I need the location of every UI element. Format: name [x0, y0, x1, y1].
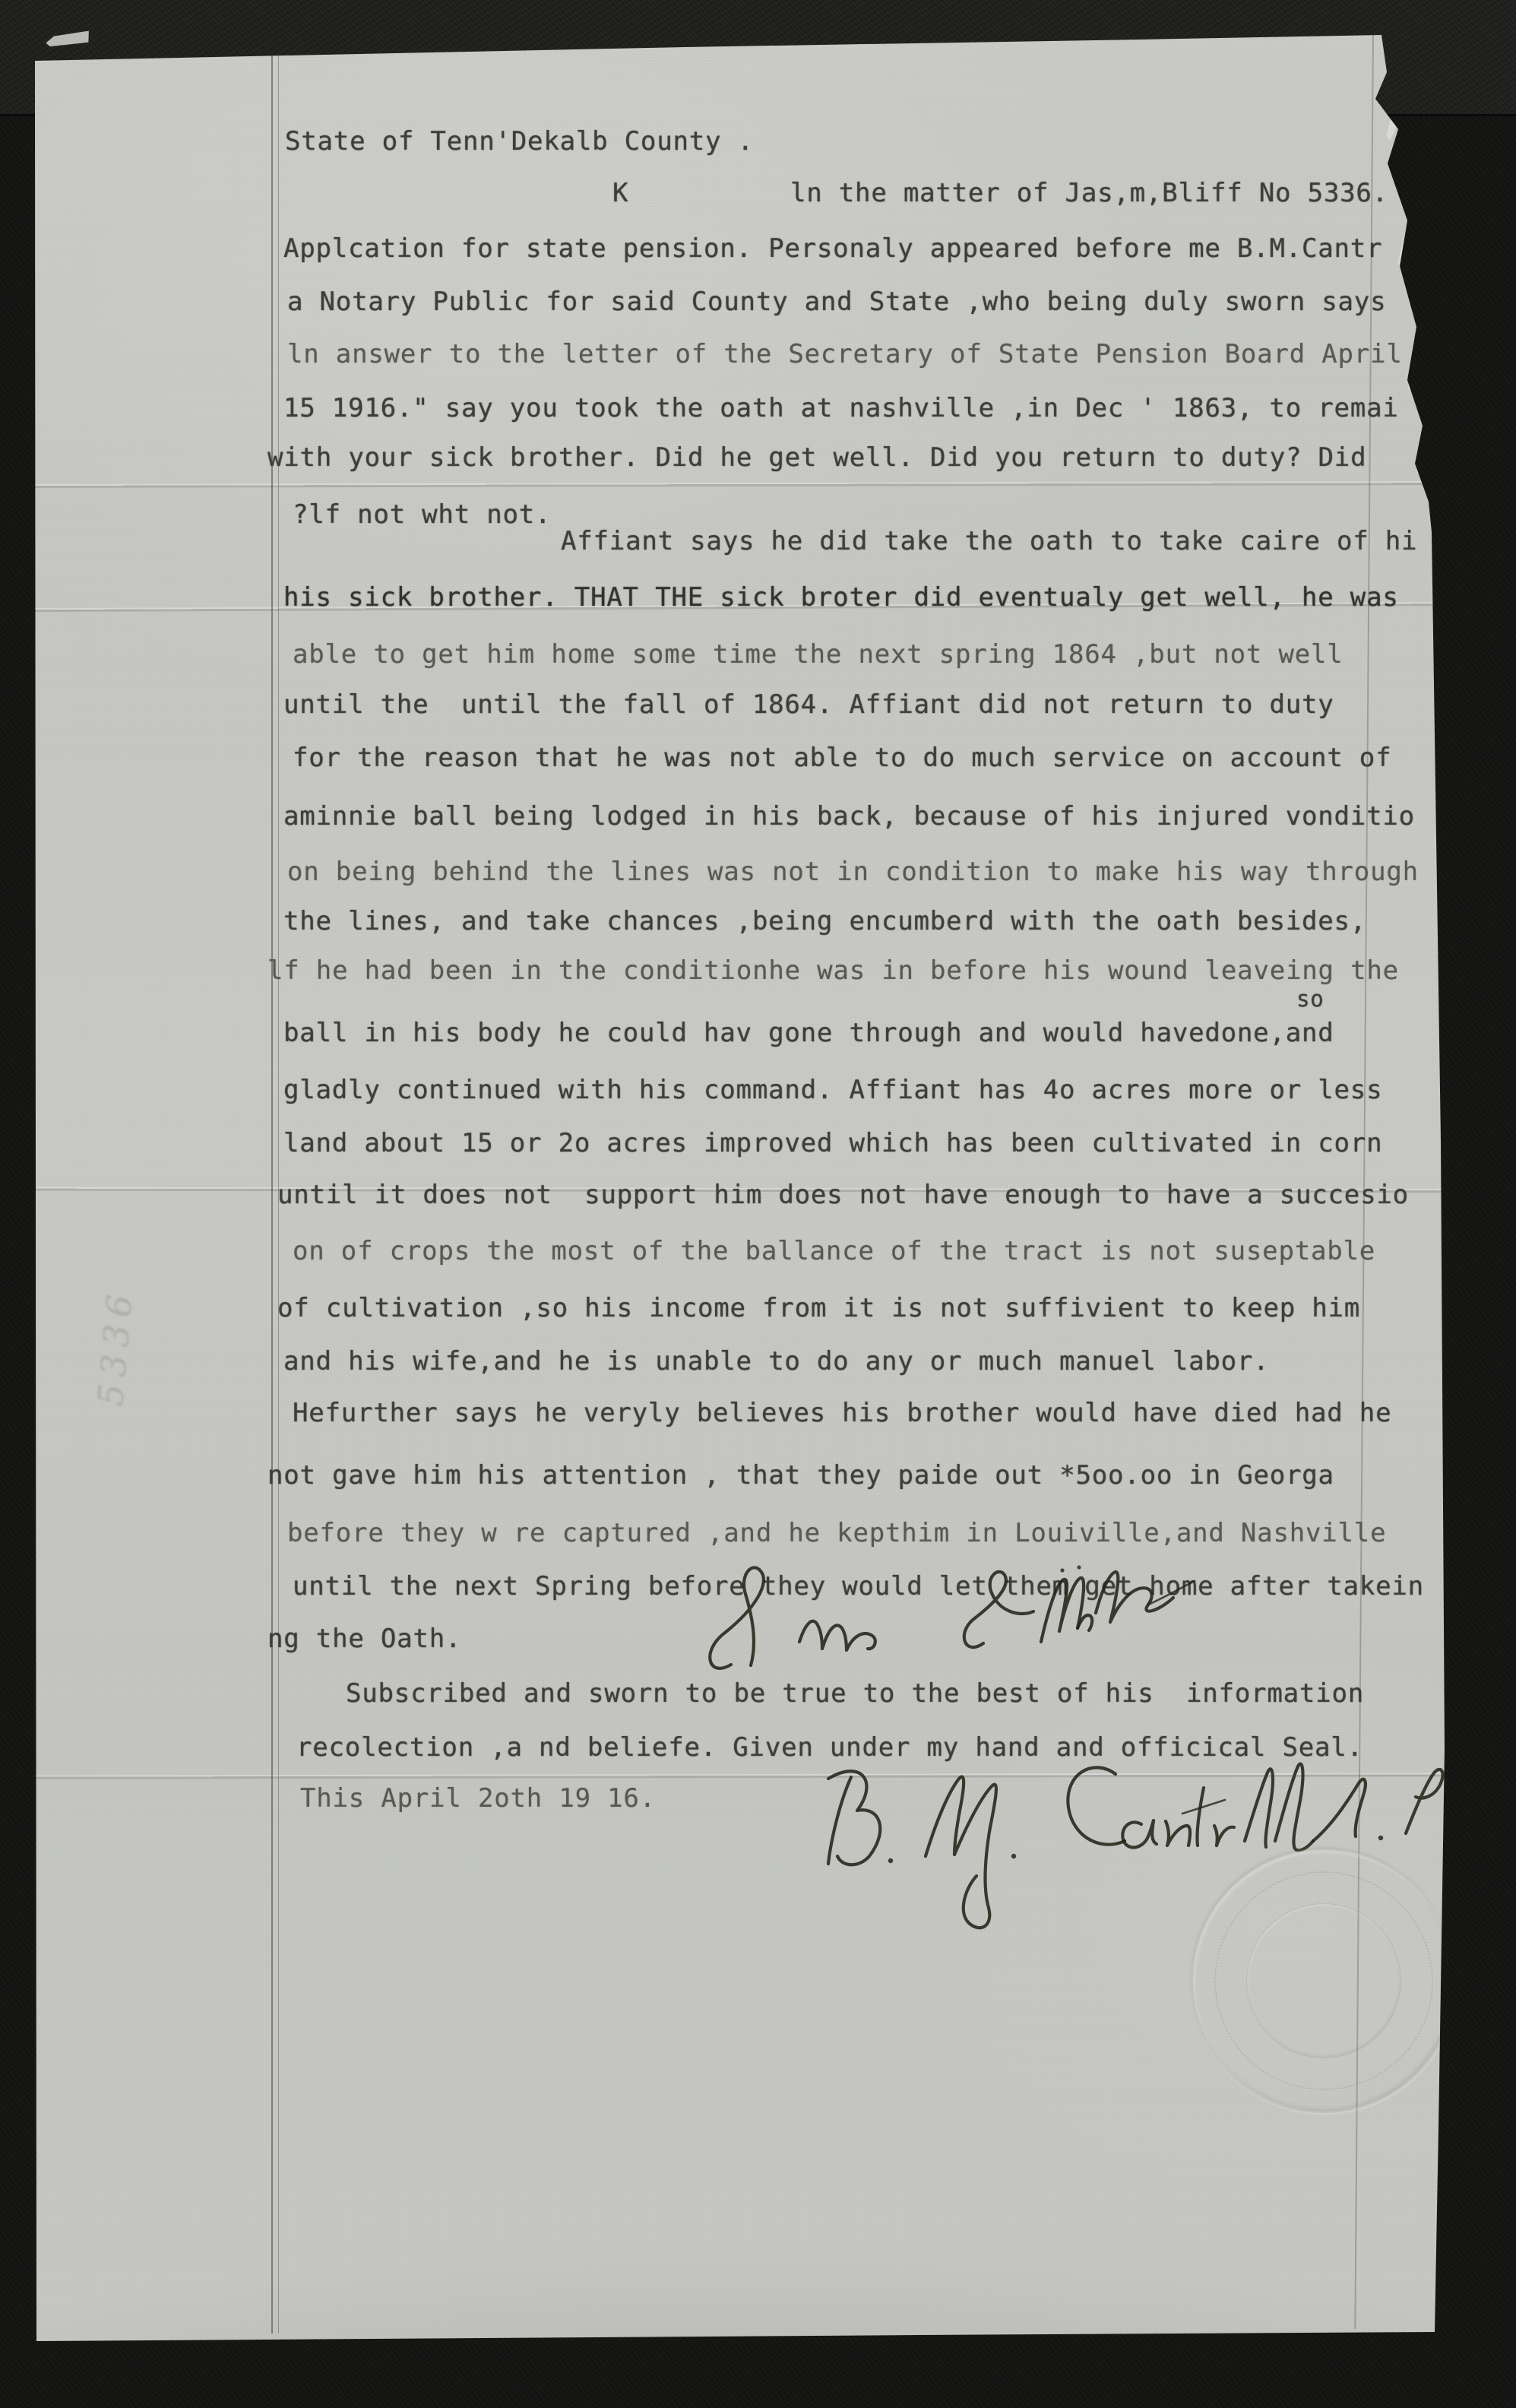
typed-line: ln answer to the letter of the Secretary…: [287, 339, 1403, 369]
typed-superscript: so: [1296, 984, 1325, 1014]
typed-line: able to get him home some time the next …: [293, 639, 1344, 670]
typed-line: gladly continued with his command. Affia…: [283, 1075, 1382, 1105]
typed-line: his sick brother. THAT THE sick broter d…: [283, 582, 1399, 613]
typed-line: on of crops the most of the ballance of …: [293, 1236, 1375, 1266]
typed-line: This April 2oth 19 16.: [300, 1783, 656, 1814]
typed-line: ng the Oath.: [267, 1624, 461, 1654]
typed-line: lf he had been in the conditionhe was in…: [267, 955, 1399, 986]
typed-line: Affiant says he did take the oath to tak…: [561, 526, 1417, 556]
typed-line: a Notary Public for said County and Stat…: [287, 287, 1386, 317]
typed-line: for the reason that he was not able to d…: [293, 743, 1391, 773]
typed-line: Applcation for state pension. Personaly …: [283, 233, 1382, 264]
typed-line: until it does not support him does not h…: [277, 1180, 1409, 1210]
typed-line: not gave him his attention , that they p…: [267, 1460, 1334, 1491]
typed-line: 15 1916." say you took the oath at nashv…: [283, 393, 1399, 423]
affiant-signature: [684, 1551, 1216, 1687]
typed-line: until the until the fall of 1864. Affian…: [283, 689, 1334, 720]
scanned-document: State of Tenn'Dekalb County . K ln the m…: [0, 0, 1516, 2408]
document-page: State of Tenn'Dekalb County . K ln the m…: [0, 0, 1516, 2408]
typed-line: land about 15 or 2o acres improved which…: [283, 1128, 1382, 1158]
typed-line: before they w re captured ,and he kepthi…: [287, 1518, 1386, 1548]
typed-line: of cultivation ,so his income from it is…: [277, 1293, 1360, 1323]
typed-line: aminnie ball being lodged in his back, b…: [283, 801, 1415, 832]
typed-line: ball in his body he could hav gone throu…: [283, 1018, 1334, 1048]
typed-line: K ln the matter of Jas,m,Bliff No 5336.: [612, 178, 1388, 208]
typed-line: State of Tenn'Dekalb County .: [285, 126, 754, 157]
typed-line: with your sick brother. Did he get well.…: [267, 442, 1366, 473]
typed-line: the lines, and take chances ,being encum…: [283, 906, 1366, 936]
typed-line: ?lf not wht not.: [293, 499, 551, 530]
typed-line: Hefurther says he veryly believes his br…: [293, 1398, 1391, 1428]
notary-embossed-seal: [1192, 1849, 1456, 2113]
typed-line: on being behind the lines was not in con…: [287, 857, 1419, 887]
typed-line: and his wife,and he is unable to do any …: [283, 1346, 1269, 1377]
seal-inner-circle: [1246, 1903, 1401, 2058]
